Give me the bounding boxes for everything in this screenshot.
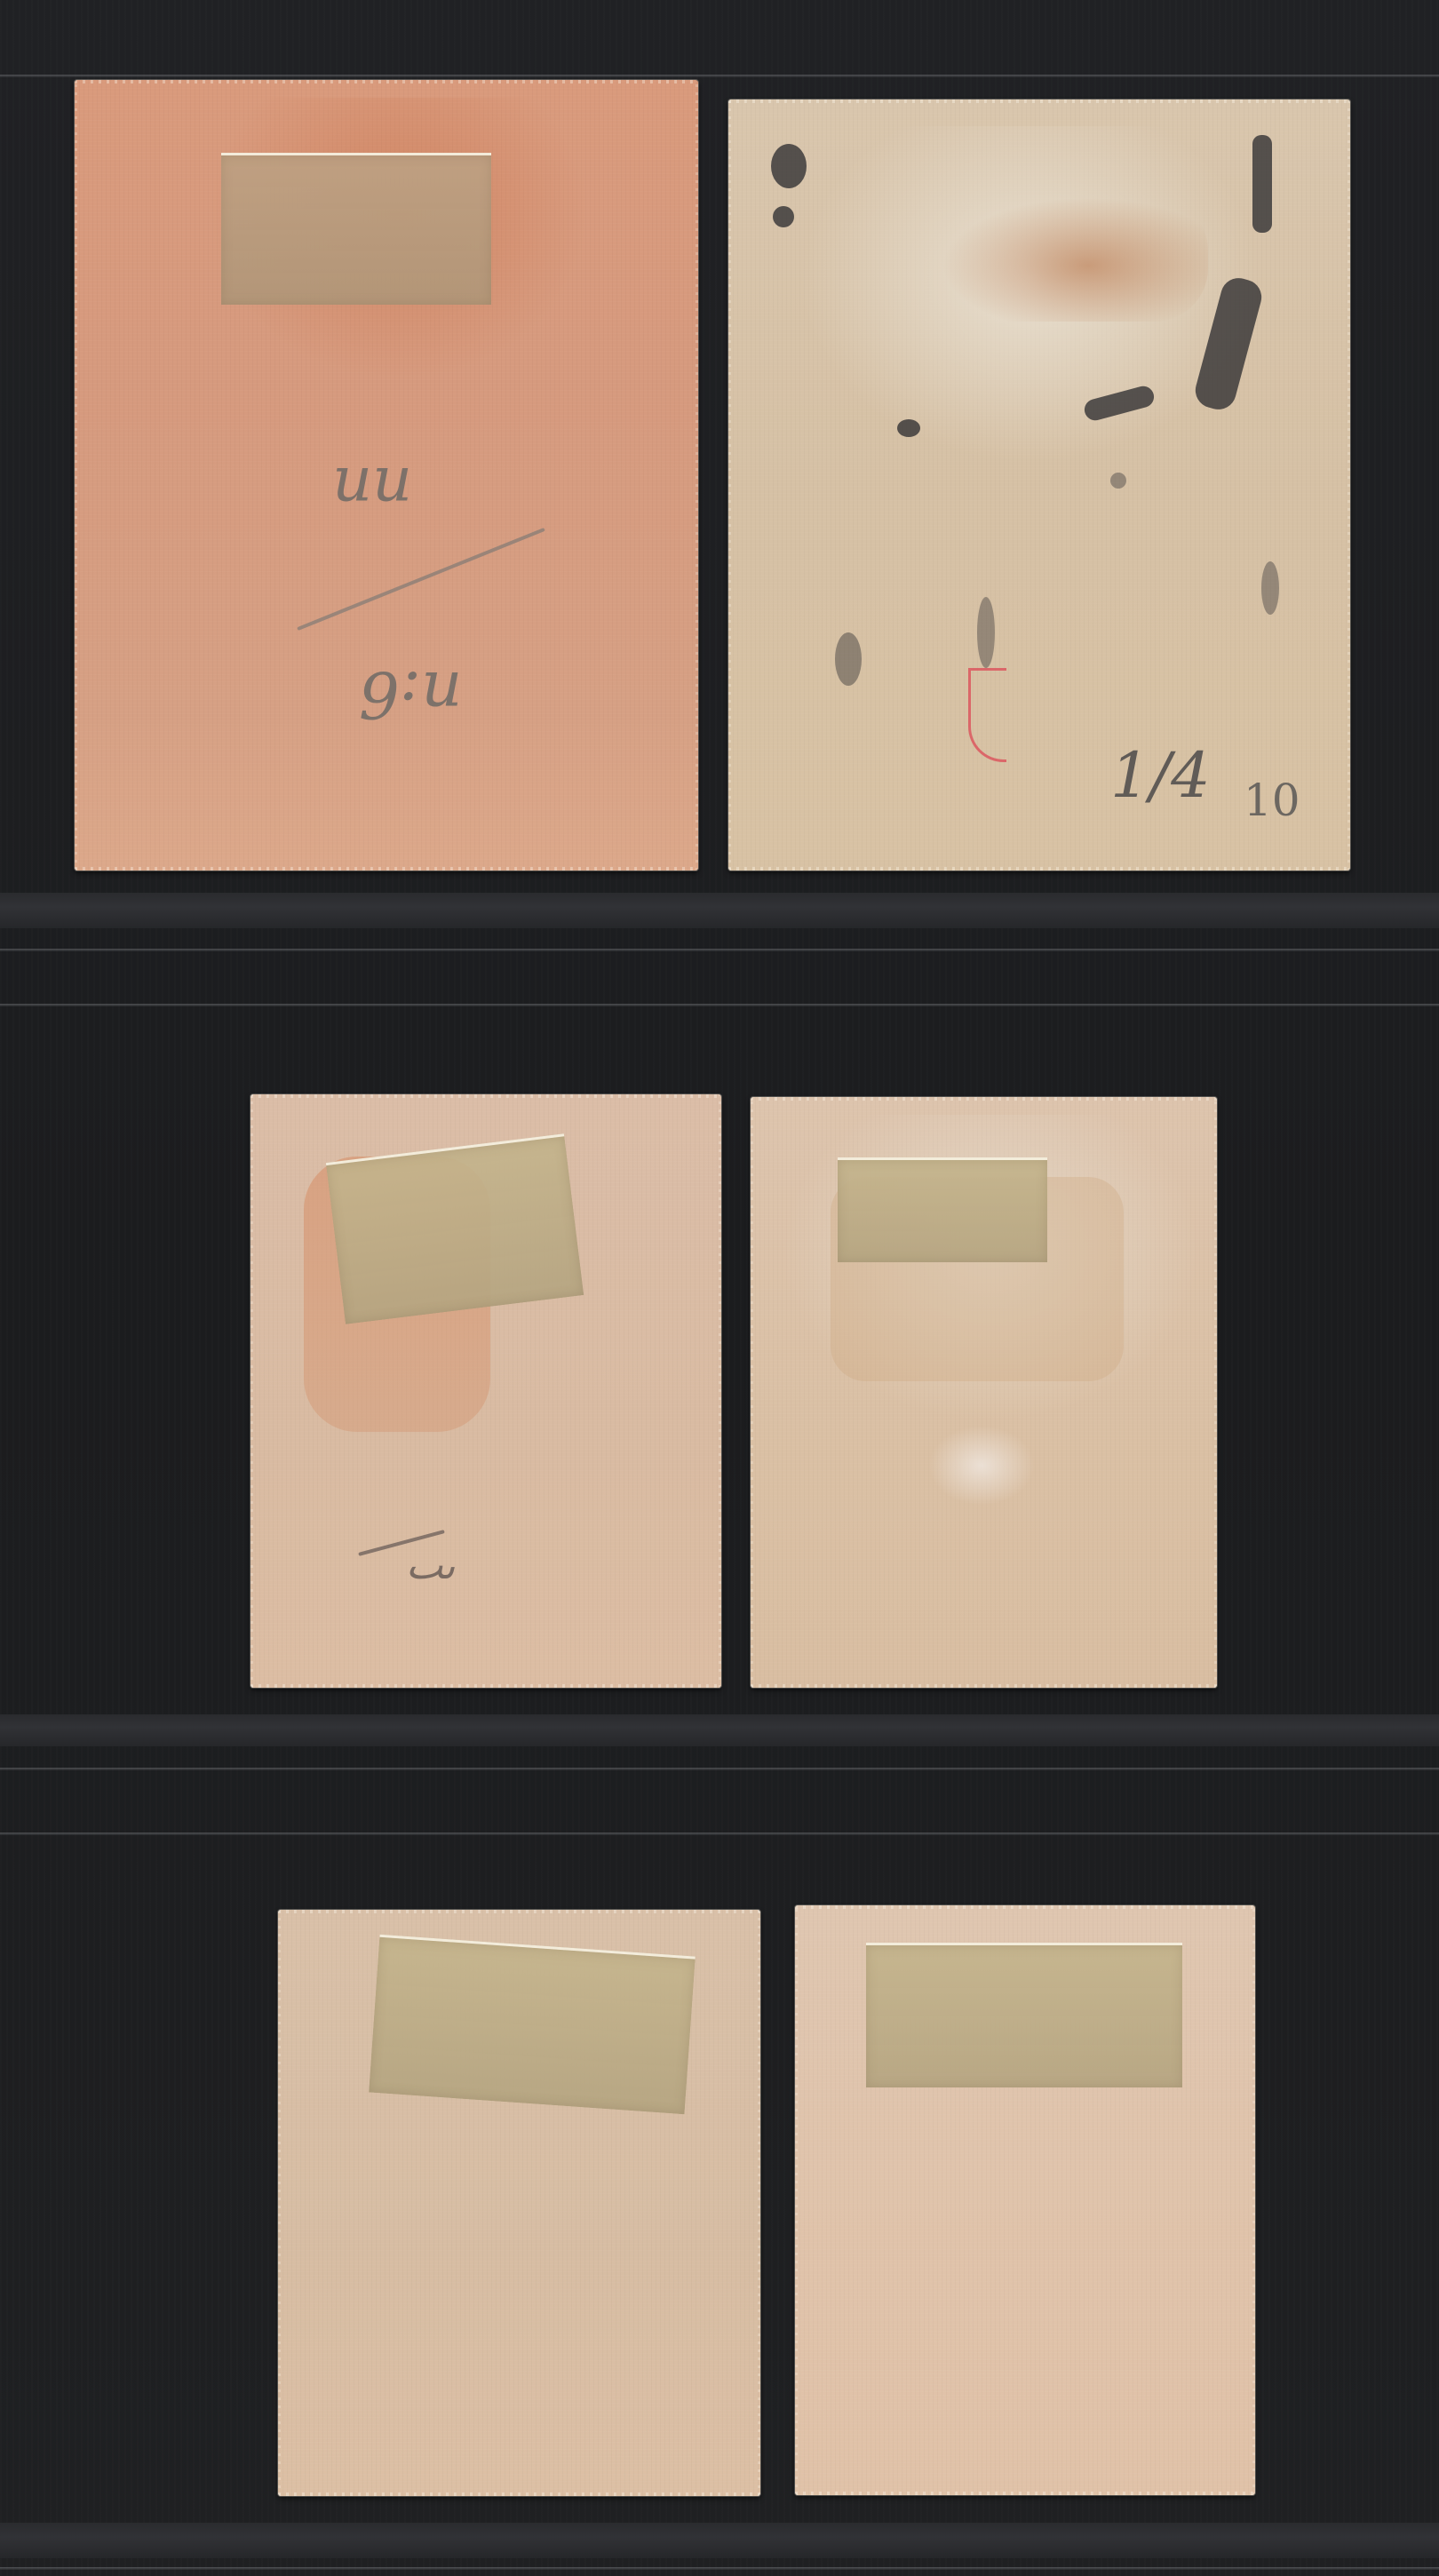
cancellation-mark (1252, 135, 1272, 233)
pencil-number: 10 (1244, 775, 1300, 826)
hinge-remnant (838, 1157, 1047, 1262)
stamp-back-row3-left (278, 1910, 760, 2496)
pencil-stroke (297, 528, 545, 631)
strip-edge (0, 949, 1439, 951)
stock-page: nn n:6 1/4 10 ىٮ (0, 0, 1439, 2576)
hinge-remnant (369, 1935, 696, 2114)
thin-spot (928, 1426, 1035, 1506)
cancellation-mark (897, 419, 920, 437)
pencil-notation-bottom: n:6 (359, 657, 462, 732)
stamp-back-row1-right: 1/4 10 (728, 99, 1350, 871)
strip-edge (0, 1768, 1439, 1770)
stamp-back-row3-right (795, 1905, 1255, 2495)
strip-separator (0, 2523, 1439, 2558)
hinge-stain (942, 197, 1208, 322)
cancellation-mark (1110, 473, 1126, 489)
stamp-back-row2-left: ىٮ (250, 1094, 721, 1688)
stamp-back-row2-right (751, 1097, 1217, 1688)
strip-edge (0, 1833, 1439, 1835)
cancellation-mark (1191, 274, 1265, 414)
cancellation-mark (773, 206, 794, 227)
cancellation-mark (835, 632, 862, 686)
cancellation-mark (977, 597, 995, 668)
pencil-notation: ىٮ (406, 1543, 455, 1588)
strip-separator (0, 893, 1439, 928)
pencil-notation-top: nn (332, 453, 412, 526)
strip-edge (0, 2567, 1439, 2570)
cancellation-mark (1261, 561, 1279, 615)
red-pencil-mark (968, 668, 1006, 762)
cancellation-mark (771, 144, 807, 188)
pencil-fraction: 1/4 (1110, 739, 1211, 812)
hinge-remnant (866, 1943, 1182, 2087)
strip-edge (0, 75, 1439, 77)
strip-separator (0, 1714, 1439, 1746)
stamp-back-row1-left: nn n:6 (75, 80, 698, 871)
thin-area (799, 126, 1261, 464)
cancellation-mark (1082, 384, 1156, 423)
hinge-remnant (221, 153, 491, 305)
hinge-remnant (326, 1133, 584, 1324)
strip-edge (0, 1004, 1439, 1006)
